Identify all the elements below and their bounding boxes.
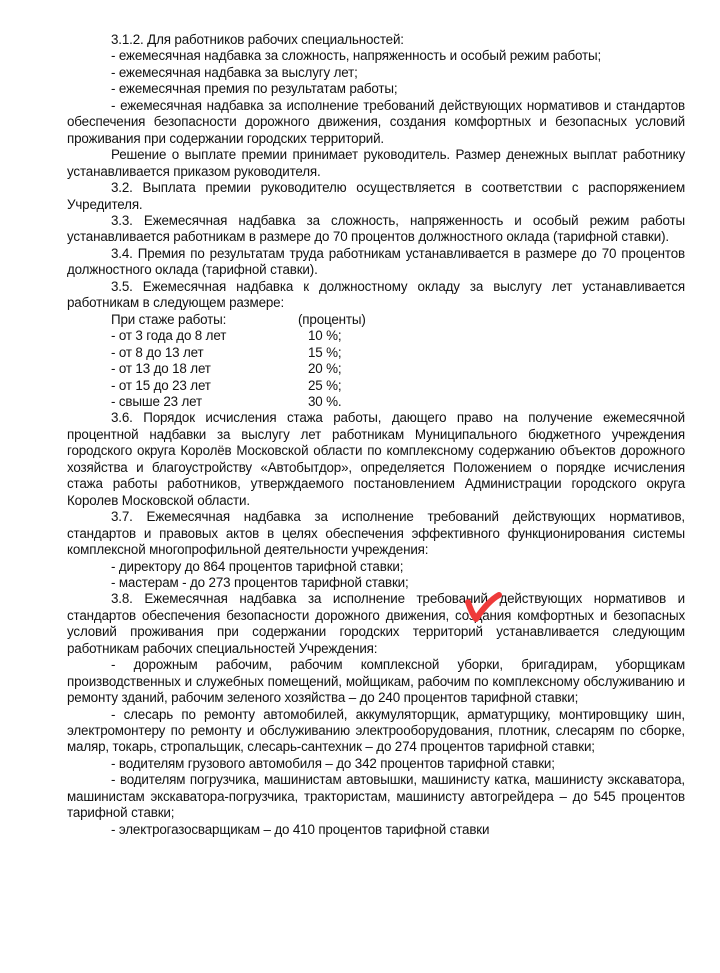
- section-3-8: 3.8. Ежемесячная надбавка за исполнение …: [67, 591, 685, 657]
- seniority-row-experience: - от 15 до 23 лет: [111, 378, 298, 394]
- list-item: - ежемесячная премия по результатам рабо…: [67, 81, 685, 97]
- checkmark-icon: [462, 590, 504, 624]
- seniority-row-experience: - от 3 года до 8 лет: [111, 328, 298, 344]
- seniority-row-experience: - свыше 23 лет: [111, 394, 298, 410]
- section-3-1-2-title: 3.1.2. Для работников рабочих специально…: [67, 32, 685, 48]
- list-item: - слесарь по ремонту автомобилей, аккуму…: [67, 707, 685, 756]
- section-3-5: 3.5. Ежемесячная надбавка к должностному…: [67, 279, 685, 312]
- document-page: 3.1.2. Для работников рабочих специально…: [67, 32, 685, 838]
- list-item: - дорожным рабочим, рабочим комплексной …: [67, 657, 685, 706]
- list-item: - водителям грузового автомобиля – до 34…: [67, 756, 685, 772]
- seniority-header-percent: (проценты): [298, 312, 685, 328]
- seniority-row-percent: 30 %.: [298, 394, 685, 410]
- list-item: - водителям погрузчика, машинистам автов…: [67, 772, 685, 821]
- seniority-row-percent: 15 %;: [298, 345, 685, 361]
- list-item: - ежемесячная надбавка за исполнение тре…: [67, 98, 685, 147]
- section-3-3: 3.3. Ежемесячная надбавка за сложность, …: [67, 213, 685, 246]
- seniority-row-percent: 25 %;: [298, 378, 685, 394]
- seniority-row-experience: - от 13 до 18 лет: [111, 361, 298, 377]
- bonus-decision-note: Решение о выплате премии принимает руков…: [67, 147, 685, 180]
- section-3-6: 3.6. Порядок исчисления стажа работы, да…: [67, 410, 685, 509]
- section-3-2: 3.2. Выплата премии руководителю осущест…: [67, 180, 685, 213]
- seniority-row-percent: 20 %;: [298, 361, 685, 377]
- list-item: - электрогазосварщикам – до 410 проценто…: [67, 822, 685, 838]
- list-item: - ежемесячная надбавка за выслугу лет;: [67, 65, 685, 81]
- seniority-row-percent: 10 %;: [298, 328, 685, 344]
- section-3-4: 3.4. Премия по результатам труда работни…: [67, 246, 685, 279]
- seniority-row-experience: - от 8 до 13 лет: [111, 345, 298, 361]
- section-3-7: 3.7. Ежемесячная надбавка за исполнение …: [67, 509, 685, 558]
- list-item: - мастерам - до 273 процентов тарифной с…: [67, 575, 685, 591]
- list-item: - директору до 864 процентов тарифной ст…: [67, 559, 685, 575]
- seniority-header-experience: При стаже работы:: [111, 312, 298, 328]
- list-item: - ежемесячная надбавка за сложность, нап…: [67, 48, 685, 64]
- seniority-table: При стаже работы: (проценты) - от 3 года…: [67, 312, 685, 411]
